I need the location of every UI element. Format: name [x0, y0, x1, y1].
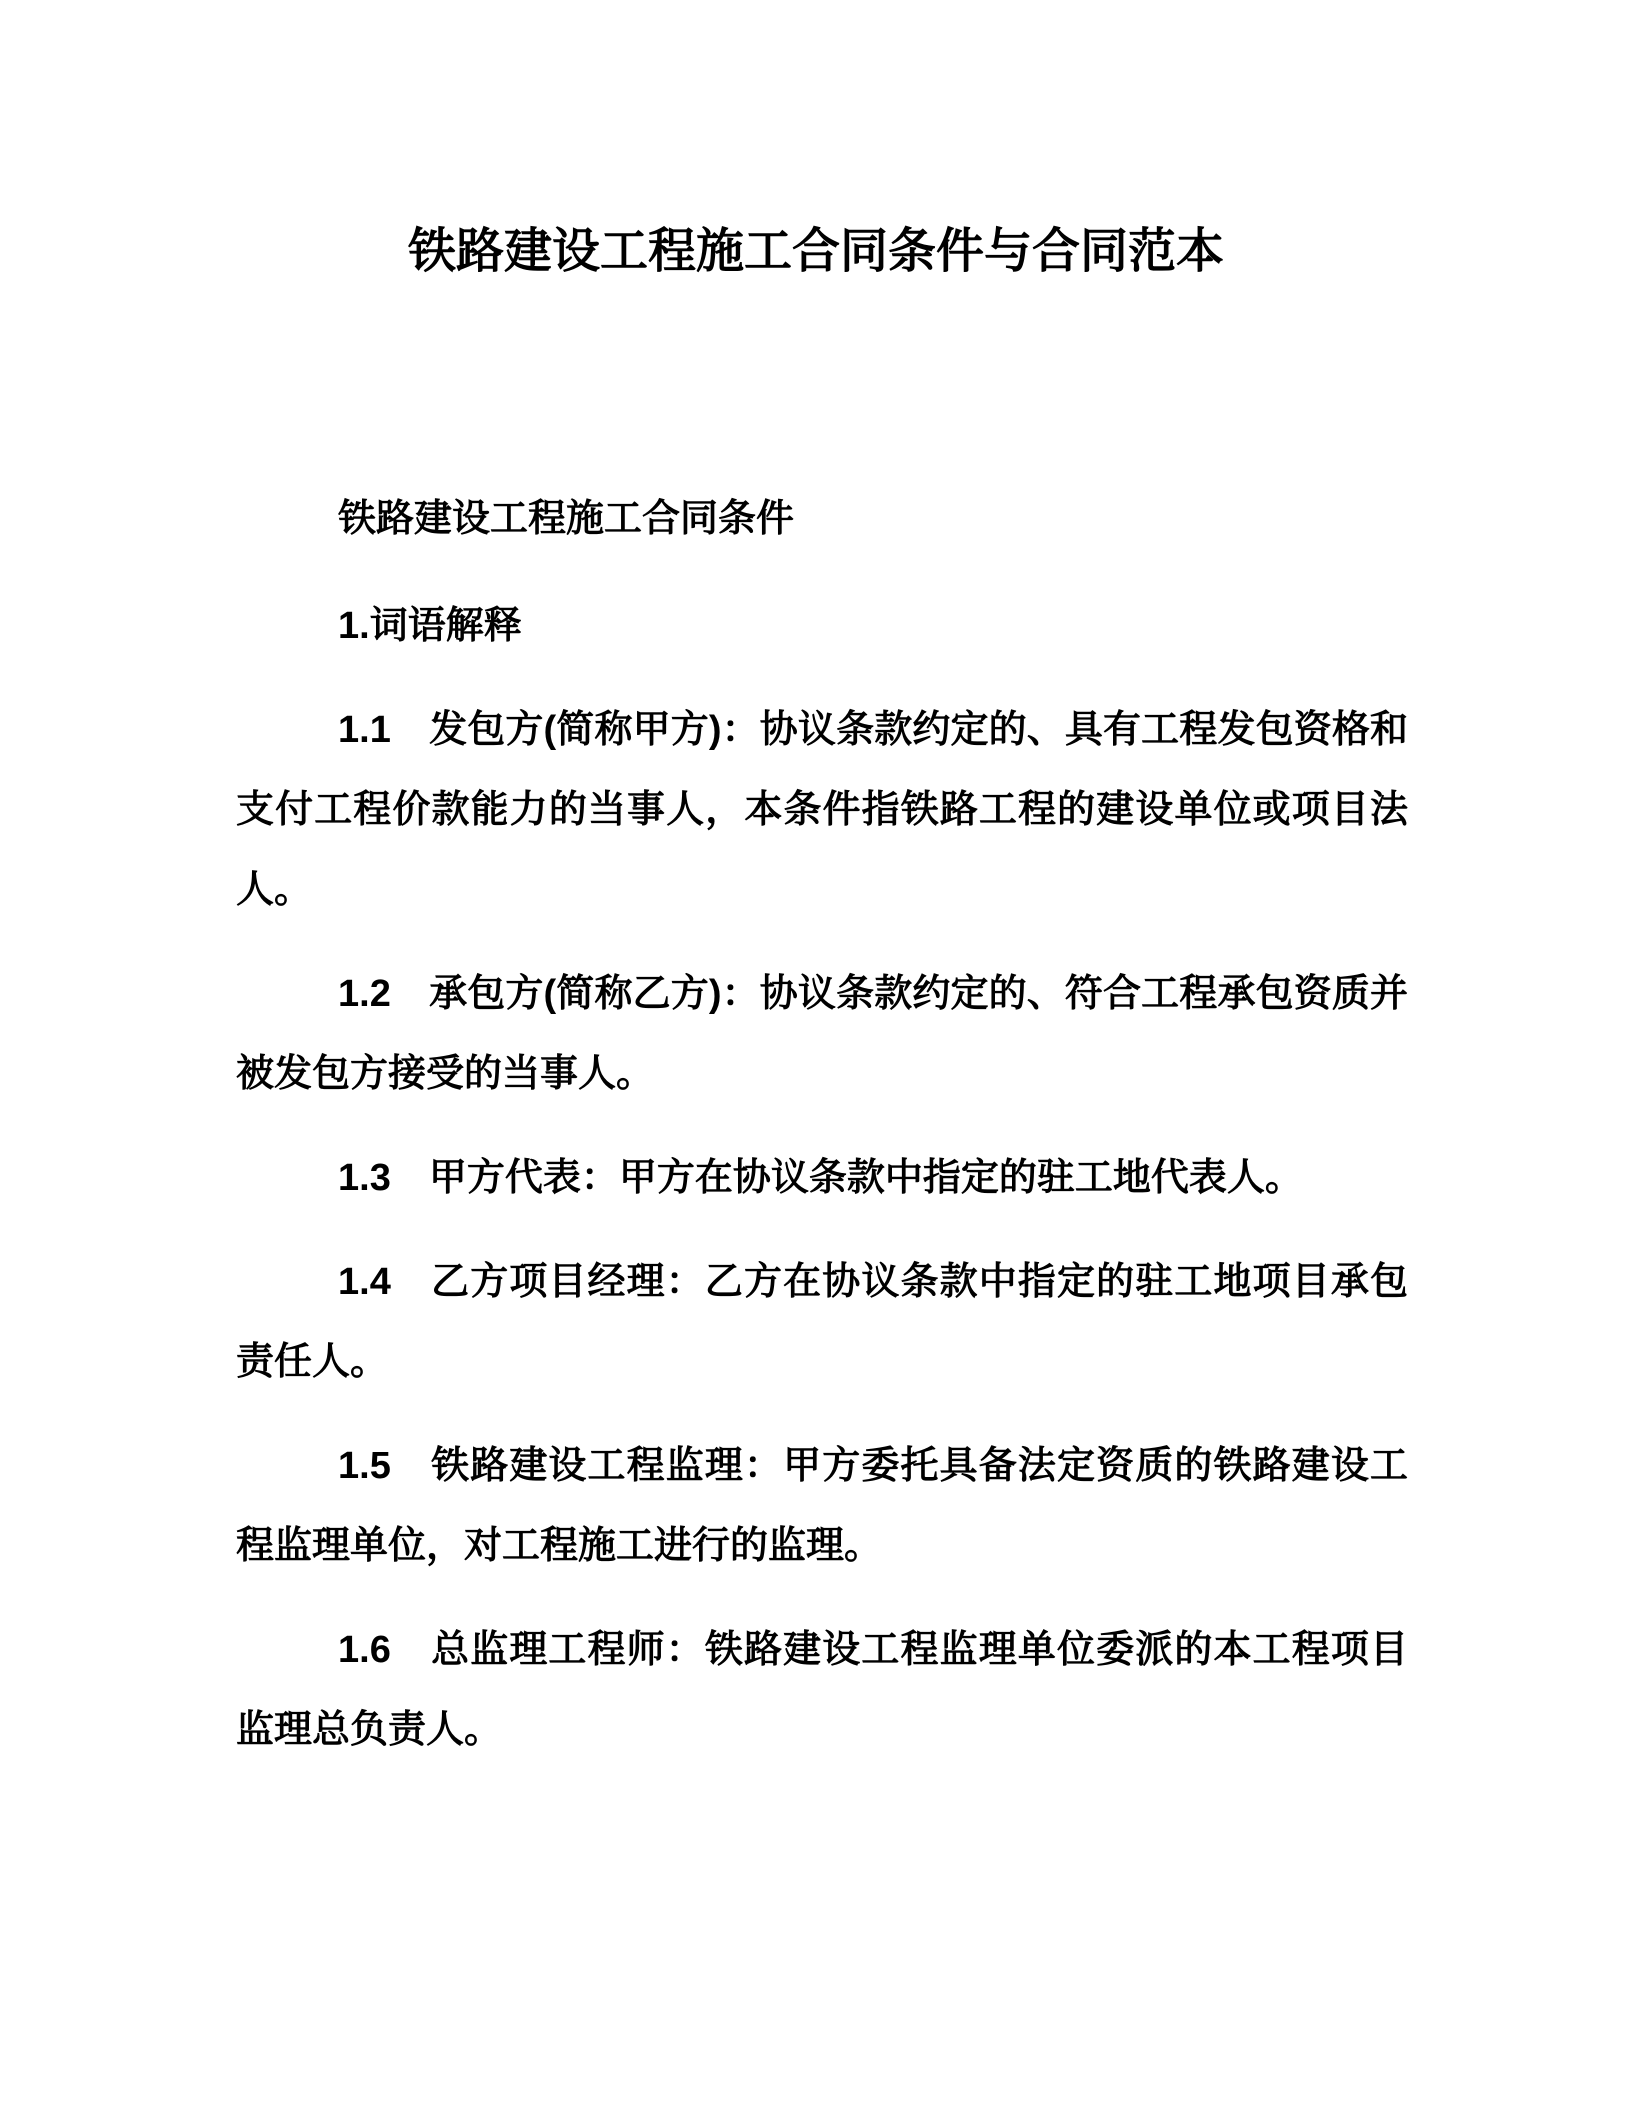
clause-1-4: 1.4 乙方项目经理：乙方在协议条款中指定的驻工地项目承包责任人。	[236, 1242, 1408, 1402]
clause-1-3: 1.3 甲方代表：甲方在协议条款中指定的驻工地代表人。	[236, 1138, 1408, 1218]
clause-1-6: 1.6 总监理工程师：铁路建设工程监理单位委派的本工程项目监理总负责人。	[236, 1610, 1408, 1770]
clause-1-2: 1.2 承包方(简称乙方)：协议条款约定的、符合工程承包资质并被发包方接受的当事…	[236, 954, 1408, 1114]
section-heading: 1.词语解释	[236, 586, 1408, 666]
document-body: 铁路建设工程施工合同条件 1.词语解释 1.1 发包方(简称甲方)：协议条款约定…	[236, 479, 1408, 1770]
document-page: 铁路建设工程施工合同条件与合同范本 铁路建设工程施工合同条件 1.词语解释 1.…	[0, 0, 1632, 2112]
document-title: 铁路建设工程施工合同条件与合同范本	[0, 220, 1632, 284]
clause-1-1: 1.1 发包方(简称甲方)：协议条款约定的、具有工程发包资格和支付工程价款能力的…	[236, 690, 1408, 930]
clause-1-5: 1.5 铁路建设工程监理：甲方委托具备法定资质的铁路建设工程监理单位，对工程施工…	[236, 1426, 1408, 1586]
document-subtitle: 铁路建设工程施工合同条件	[236, 479, 1408, 559]
